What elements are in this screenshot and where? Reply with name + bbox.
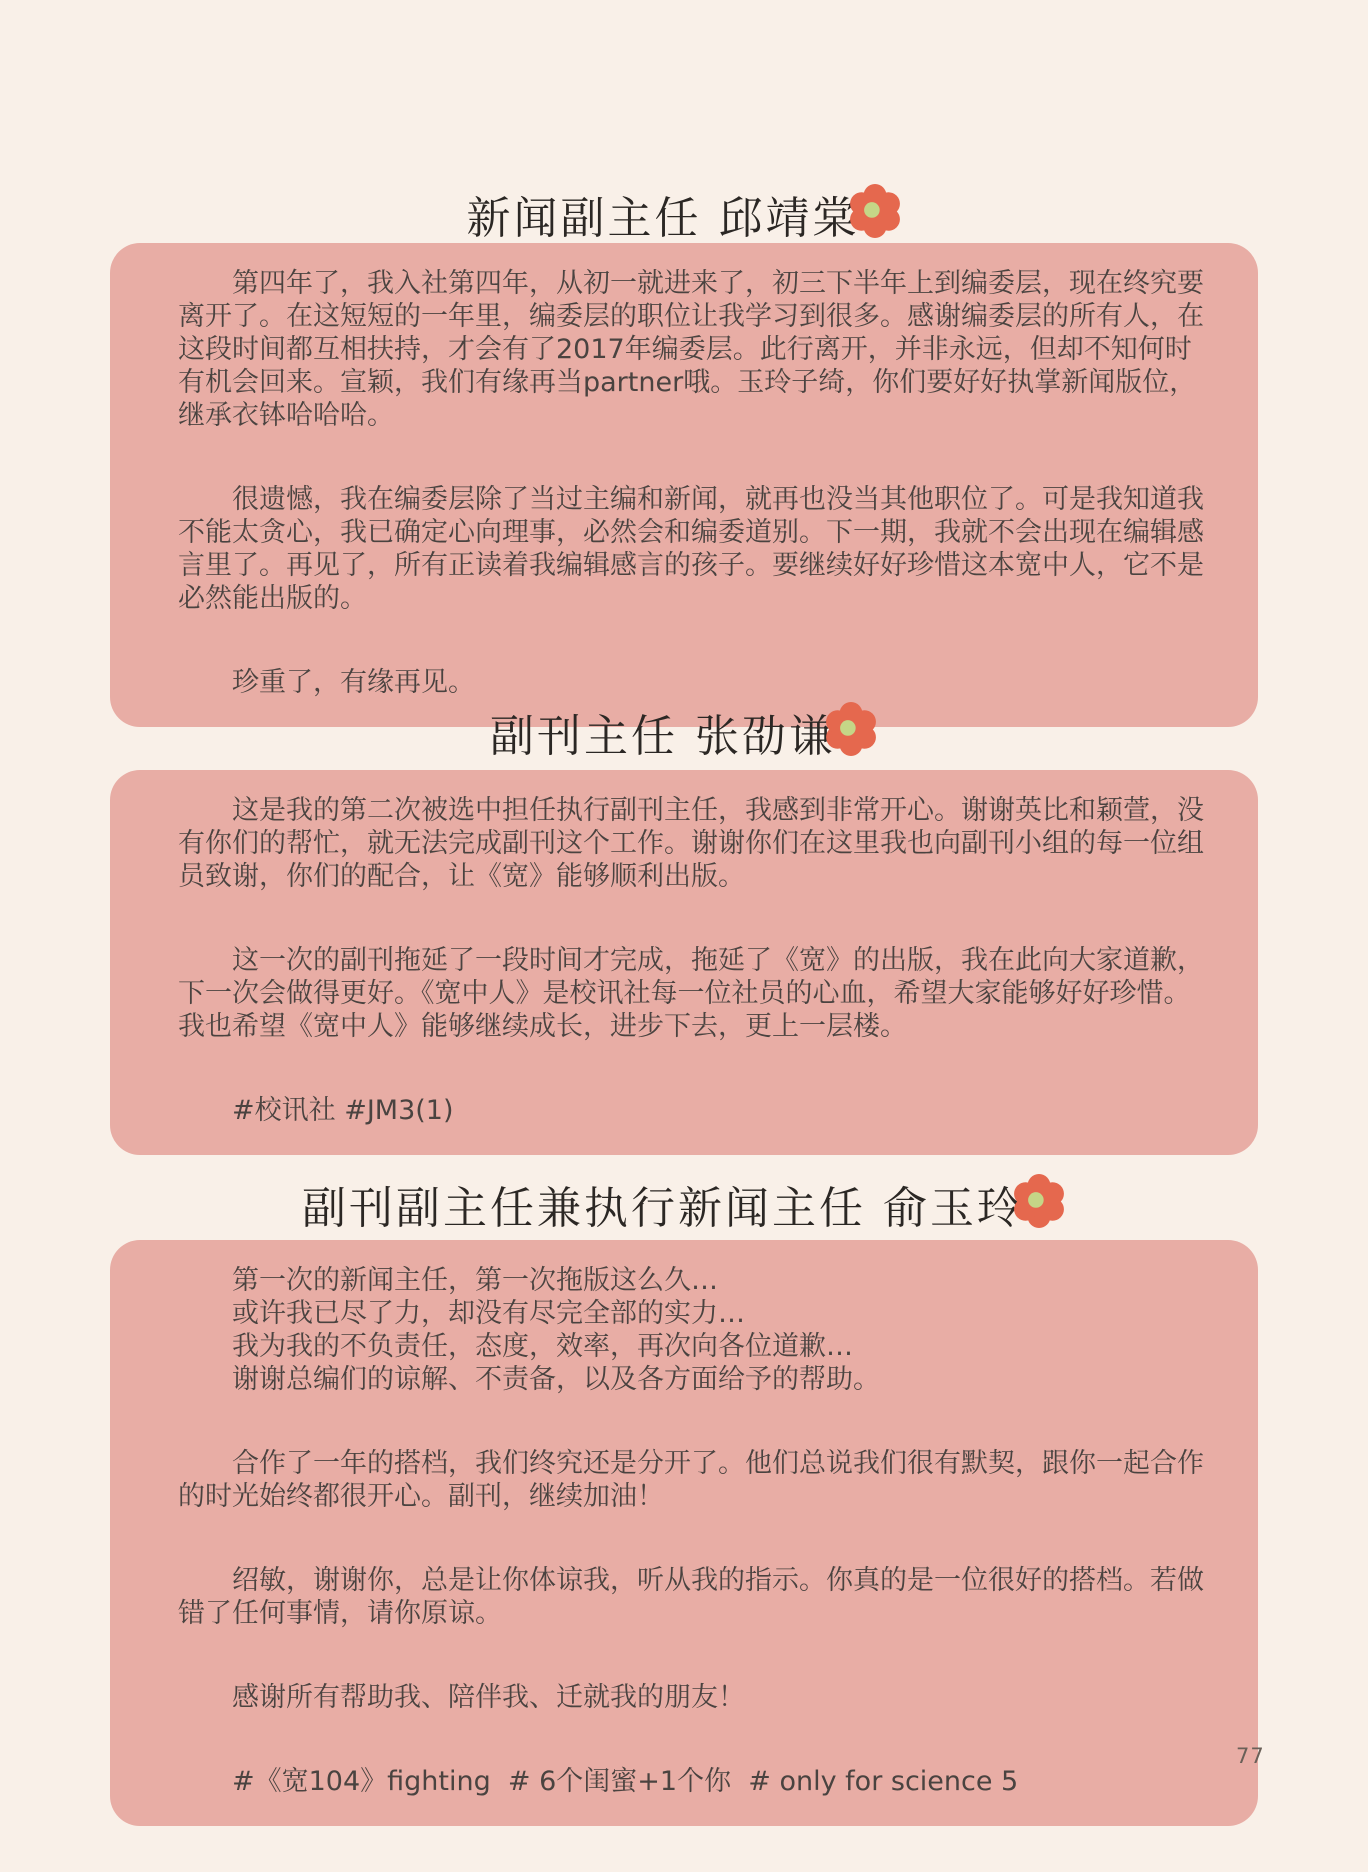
- section-3-title-row: 副刊副主任兼执行新闻主任 俞玉玲: [0, 1168, 1368, 1239]
- section-1-title: 新闻副主任 邱靖棠: [467, 182, 860, 246]
- paragraph-line: 谢谢总编们的谅解、不责备，以及各方面给予的帮助。: [178, 1363, 1208, 1396]
- section-3-title: 副刊副主任兼执行新闻主任 俞玉玲: [302, 1172, 1024, 1236]
- paragraph: 感谢所有帮助我、陪伴我、迁就我的朋友！: [178, 1681, 1208, 1714]
- section-1-title-row: 新闻副主任 邱靖棠: [0, 178, 1368, 249]
- paragraph: 这一次的副刊拖延了一段时间才完成，拖延了《宽》的出版，我在此向大家道歉，下一次会…: [178, 944, 1208, 1043]
- section-3-text-block: 第一次的新闻主任，第一次拖版这么久… 或许我已尽了力，却没有尽完全部的实力… 我…: [110, 1240, 1258, 1826]
- flower-icon: [848, 184, 902, 249]
- paragraph: 珍重了，有缘再见。: [178, 666, 1208, 699]
- section-2-title: 副刊主任 张劭谦: [490, 700, 836, 764]
- hashtag-line: #《宽104》fighting # 6个闺蜜+1个你 # only for sc…: [178, 1765, 1208, 1798]
- flower-icon: [1012, 1174, 1066, 1239]
- page-number: 77: [1236, 1744, 1265, 1768]
- paragraph-line: 或许我已尽了力，却没有尽完全部的实力…: [178, 1297, 1208, 1330]
- magazine-page: 新闻副主任 邱靖棠 第四年了，我入社第四年，从初一就进来了，初三下半年上到编委层…: [0, 0, 1368, 1872]
- paragraph-line: 我为我的不负责任，态度，效率，再次向各位道歉…: [178, 1330, 1208, 1363]
- paragraph-line: 第一次的新闻主任，第一次拖版这么久…: [178, 1264, 1208, 1297]
- section-2-title-row: 副刊主任 张劭谦: [0, 696, 1368, 767]
- hashtag-line: #校讯社 #JM3(1): [178, 1094, 1208, 1127]
- section-1-text-block: 第四年了，我入社第四年，从初一就进来了，初三下半年上到编委层，现在终究要离开了。…: [110, 243, 1258, 727]
- paragraph: 合作了一年的搭档，我们终究还是分开了。他们总说我们很有默契，跟你一起合作的时光始…: [178, 1447, 1208, 1513]
- paragraph: 这是我的第二次被选中担任执行副刊主任，我感到非常开心。谢谢英比和颖萱，没有你们的…: [178, 794, 1208, 893]
- paragraph: 第四年了，我入社第四年，从初一就进来了，初三下半年上到编委层，现在终究要离开了。…: [178, 267, 1208, 432]
- flower-icon: [824, 702, 878, 767]
- paragraph: 绍敏，谢谢你，总是让你体谅我，听从我的指示。你真的是一位很好的搭档。若做错了任何…: [178, 1564, 1208, 1630]
- paragraph: 很遗憾，我在编委层除了当过主编和新闻，就再也没当其他职位了。可是我知道我不能太贪…: [178, 483, 1208, 615]
- section-2-text-block: 这是我的第二次被选中担任执行副刊主任，我感到非常开心。谢谢英比和颖萱，没有你们的…: [110, 770, 1258, 1155]
